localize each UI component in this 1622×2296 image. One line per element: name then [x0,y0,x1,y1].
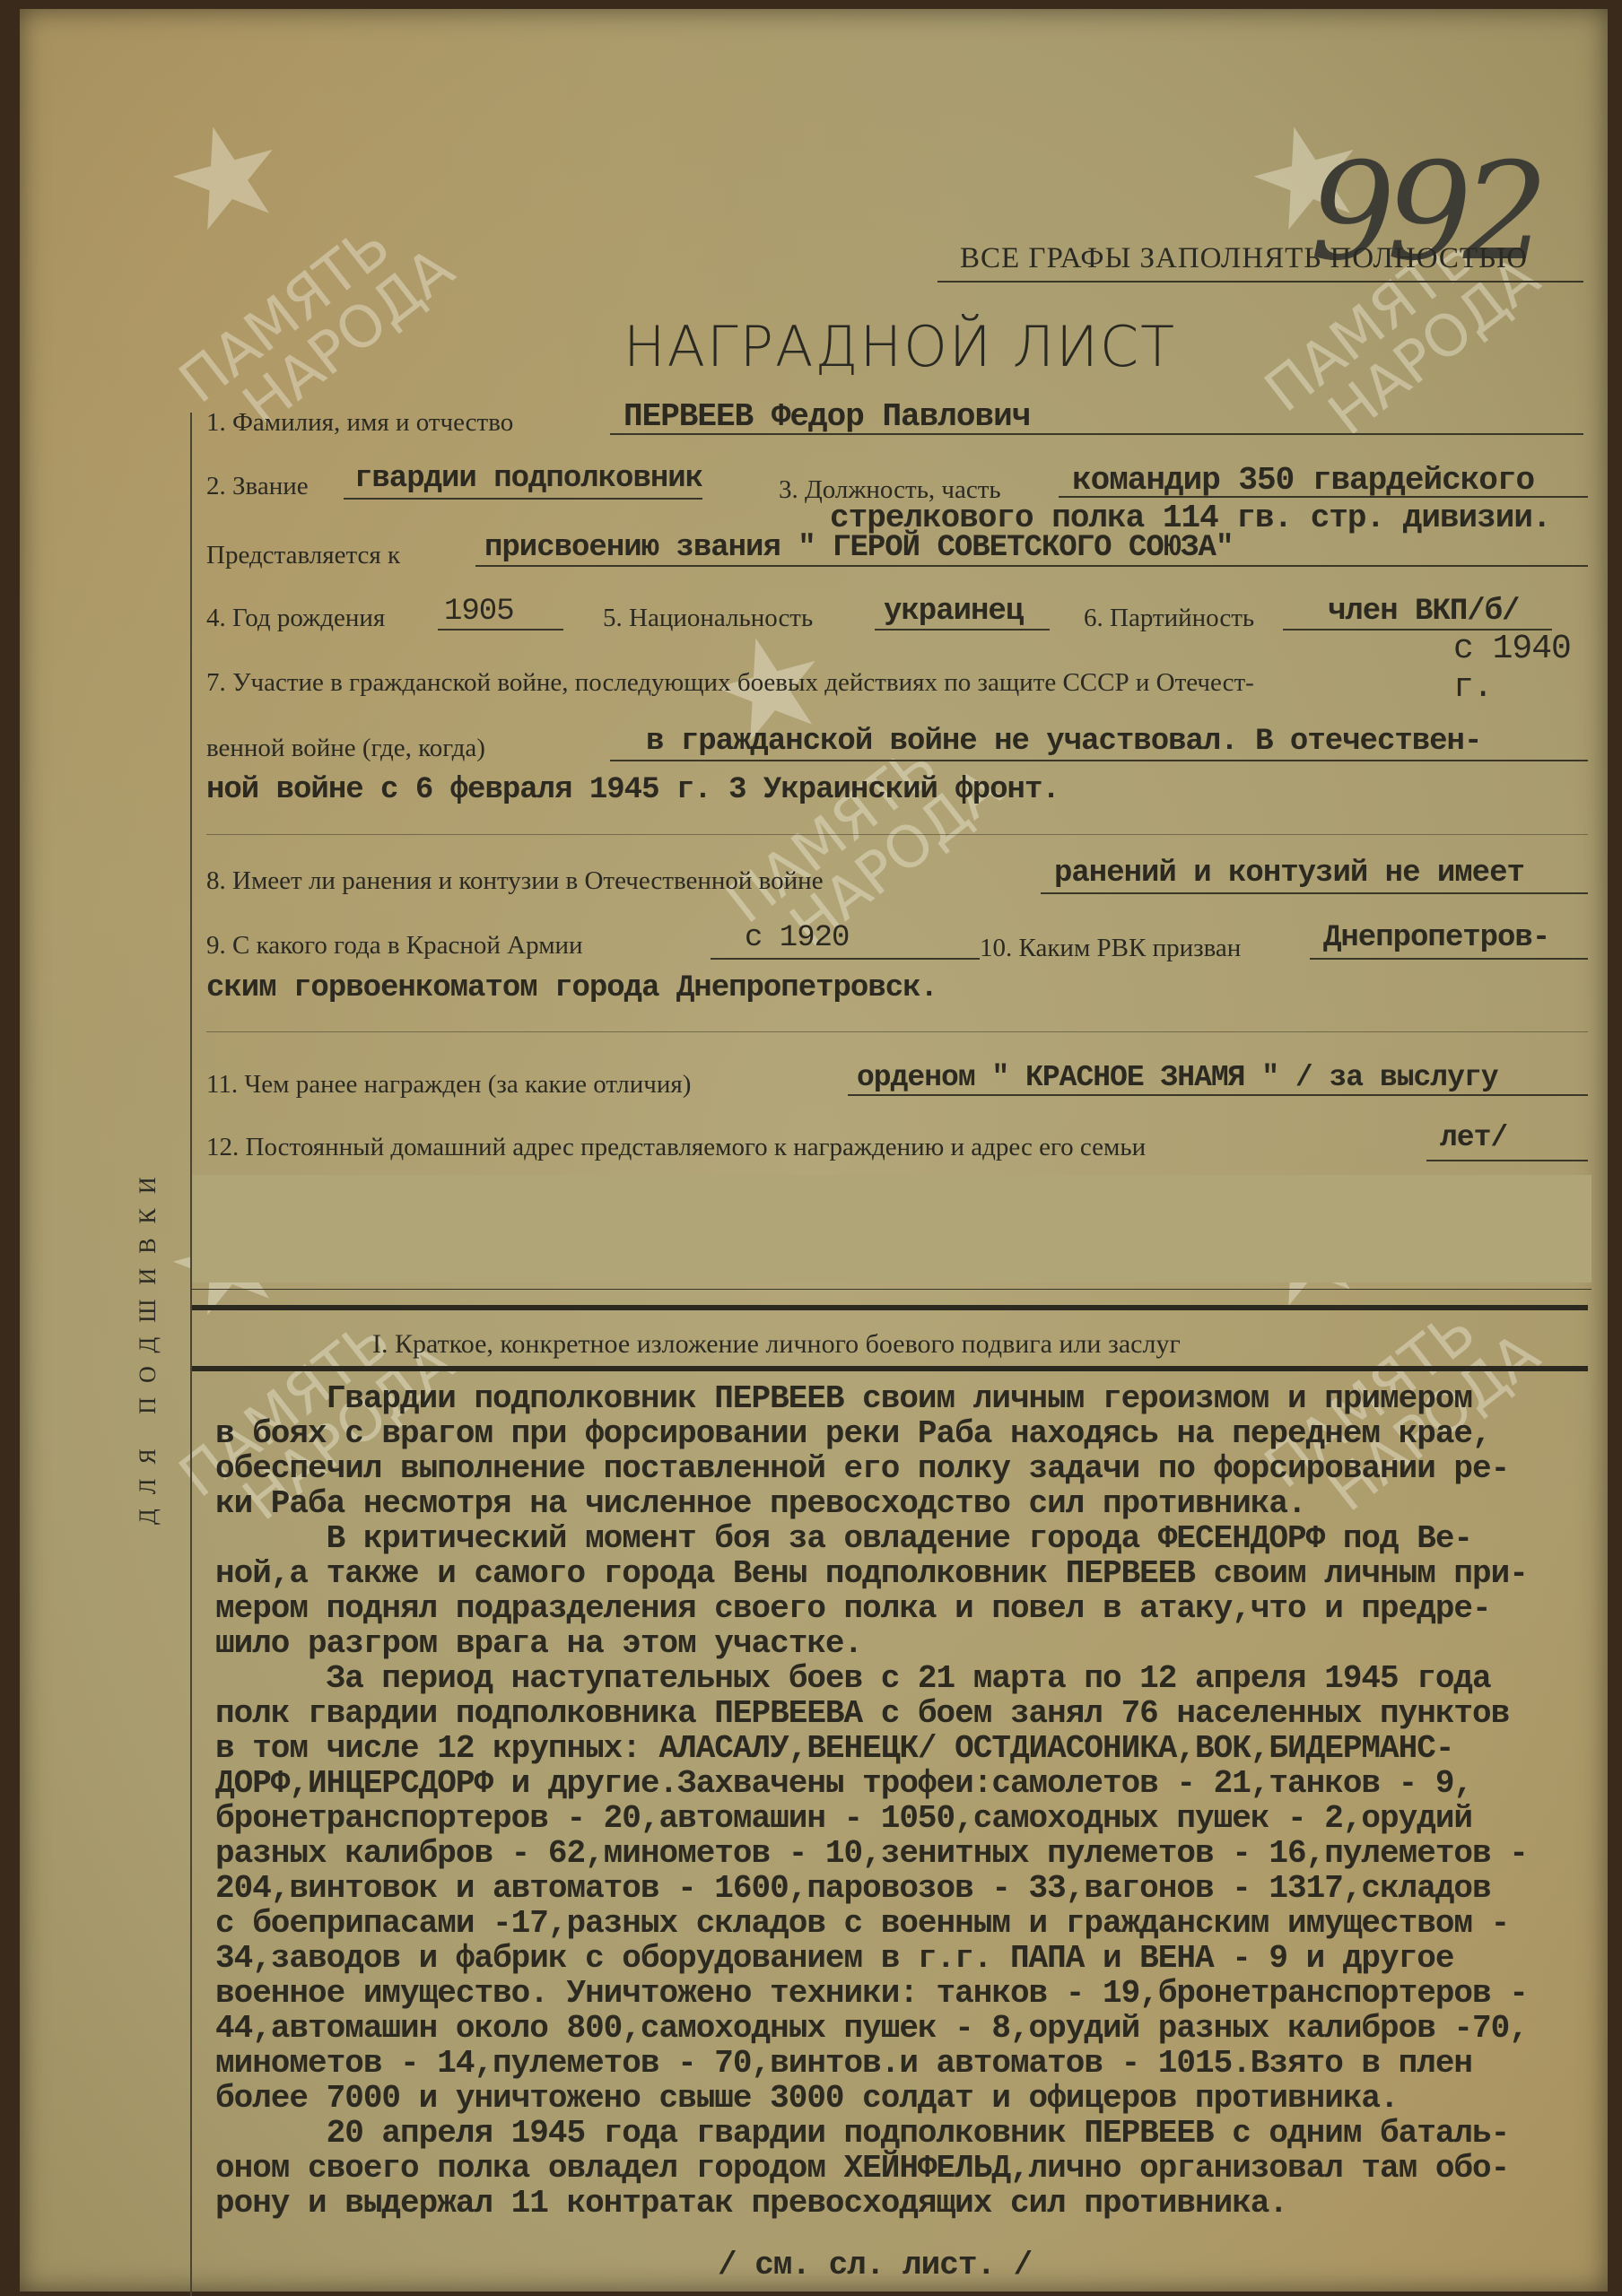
narrative-line: За период наступательных боев с 21 марта… [215,1661,1597,1696]
field-9-label: 9. С какого года в Красной Армии [206,931,583,961]
field-11-underline [848,1094,1588,1096]
field-7-value-line1: в гражданской войне не участвовал. В оте… [646,725,1481,759]
field-5-label: 5. Национальность [603,604,813,633]
narrative-line: бронетранспортеров - 20,автомашин - 1050… [215,1801,1597,1836]
narrative-line: Гвардии подполковник ПЕРВЕЕВ своим личны… [215,1381,1597,1416]
narrative-line: 204,винтовок и автоматов - 1600,паровозо… [215,1871,1597,1906]
field-7-label-line1: 7. Участие в гражданской войне, последую… [206,668,1254,698]
narrative-line: мером поднял подразделения своего полка … [215,1591,1597,1626]
narrative-line: ки Раба несмотря на численное превосходс… [215,1486,1597,1521]
field-4-underline [438,629,563,631]
narrative: Гвардии подполковник ПЕРВЕЕВ своим личны… [215,1381,1597,2221]
nominated-label: Представляется к [206,541,400,570]
field-1-value: ПЕРВЕЕВ Федор Павлович [624,398,1030,435]
narrative-line: ной,а также и самого города Вены подполк… [215,1556,1597,1591]
field-10-value-line1: Днепропетров- [1323,921,1549,955]
narrative-line: ДОРФ,ИНЦЕРСДОРФ и другие.Захвачены трофе… [215,1766,1597,1801]
narrative-line: 20 апреля 1945 года гвардии подполковник… [215,2116,1597,2151]
narrative-line: шило разгром врага на этом участке. [215,1626,1597,1661]
field-2-underline [344,498,702,500]
field-10-value-line2: ским горвоенкоматом города Днепропетровс… [206,971,937,1005]
narrative-line: 44,автомашин около 800,самоходных пушек … [215,2011,1597,2046]
narrative-line: более 7000 и уничтожено свыше 3000 солда… [215,2081,1597,2116]
divider [206,834,1588,835]
narrative-line: разных калибров - 62,минометов - 10,зени… [215,1836,1597,1871]
narrative-line: 34,заводов и фабрик с оборудованием в г.… [215,1941,1597,1976]
field-10-label: 10. Каким РВК призван [980,934,1241,963]
narrative-line: минометов - 14,пулеметов - 70,винтов.и а… [215,2046,1597,2081]
field-2-label: 2. Звание [206,472,309,501]
field-1-underline [610,433,1583,435]
field-8-underline [1041,892,1588,894]
divider [206,1031,1588,1032]
field-9-value: с 1920 [745,921,849,955]
field-5-underline [875,629,1050,631]
narrative-line: в том числе 12 крупных: АЛАСАЛУ,ВЕНЕЦК/ … [215,1731,1597,1766]
field-7-label-line2: венной войне (где, когда) [206,734,485,763]
field-7-underline [610,760,1588,761]
field-6-value-line2: с 1940 г. [1453,630,1622,707]
field-3-underline [1059,496,1588,498]
binding-line [190,413,192,2296]
field-7-value-line2: ной войне с 6 февраля 1945 г. 3 Украинск… [206,773,1060,807]
narrative-line: военное имущество. Уничтожено техники: т… [215,1976,1597,2011]
field-4-label: 4. Год рождения [206,604,385,633]
field-6-label: 6. Партийность [1084,604,1254,633]
field-8-value: ранений и контузий не имеет [1054,857,1524,891]
field-12-label: 12. Постоянный домашний адрес представля… [206,1133,1146,1162]
field-11-value-line1: орденом " КРАСНОЕ ЗНАМЯ " / за выслугу [857,1061,1498,1094]
redacted-address [192,1175,1591,1283]
field-12-underline [1426,1160,1588,1161]
page-title: НАГРАДНОЙ ЛИСТ [624,314,1176,379]
field-6-value-line1: член ВКП/б/ [1328,595,1519,629]
top-note: ВСЕ ГРАФЫ ЗАПОЛНЯТЬ ПОЛНОСТЬЮ [960,242,1528,275]
nominated-underline [475,565,1588,567]
top-note-underline [937,281,1583,283]
narrative-line: В критический момент боя за овладение го… [215,1521,1597,1556]
section-heading: I. Краткое, конкретное изложение личного… [372,1329,1181,1360]
narrative-line: обеспечил выполнение поставленной его по… [215,1451,1597,1486]
narrative-line: оном своего полка овладел городом ХЕЙНФЕ… [215,2151,1597,2186]
narrative-line: полк гвардии подполковника ПЕРВЕЕВА с бо… [215,1696,1597,1731]
narrative-line: в боях с врагом при форсировании реки Ра… [215,1416,1597,1451]
field-5-value: украинец [884,595,1023,629]
narrative-line: с боеприпасами -17,разных складов с воен… [215,1906,1597,1941]
field-8-label: 8. Имеет ли ранения и контузии в Отечест… [206,866,824,896]
field-10-underline [1310,958,1588,960]
side-label: ДЛЯ ПОДШИВКИ [135,1162,161,1525]
field-11-label: 11. Чем ранее награжден (за какие отличи… [206,1070,691,1100]
field-9-underline [711,958,980,960]
section-rule-top [192,1305,1588,1310]
continued-note: / см. сл. лист. / [718,2247,1032,2283]
field-3-value-line1: командир 350 гвардейского [1072,462,1534,499]
divider [192,1289,1591,1290]
field-1-label: 1. Фамилия, имя и отчество [206,408,513,438]
field-2-value: гвардии подполковник [354,462,702,496]
nominated-value: присвоению звания " ГЕРОЙ СОВЕТСКОГО СОЮ… [484,531,1233,565]
field-11-value-line2: лет/ [1440,1121,1507,1154]
field-4-value: 1905 [444,595,514,629]
section-rule-bottom [192,1366,1588,1371]
narrative-line: рону и выдержал 11 контратак превосходящ… [215,2186,1597,2221]
